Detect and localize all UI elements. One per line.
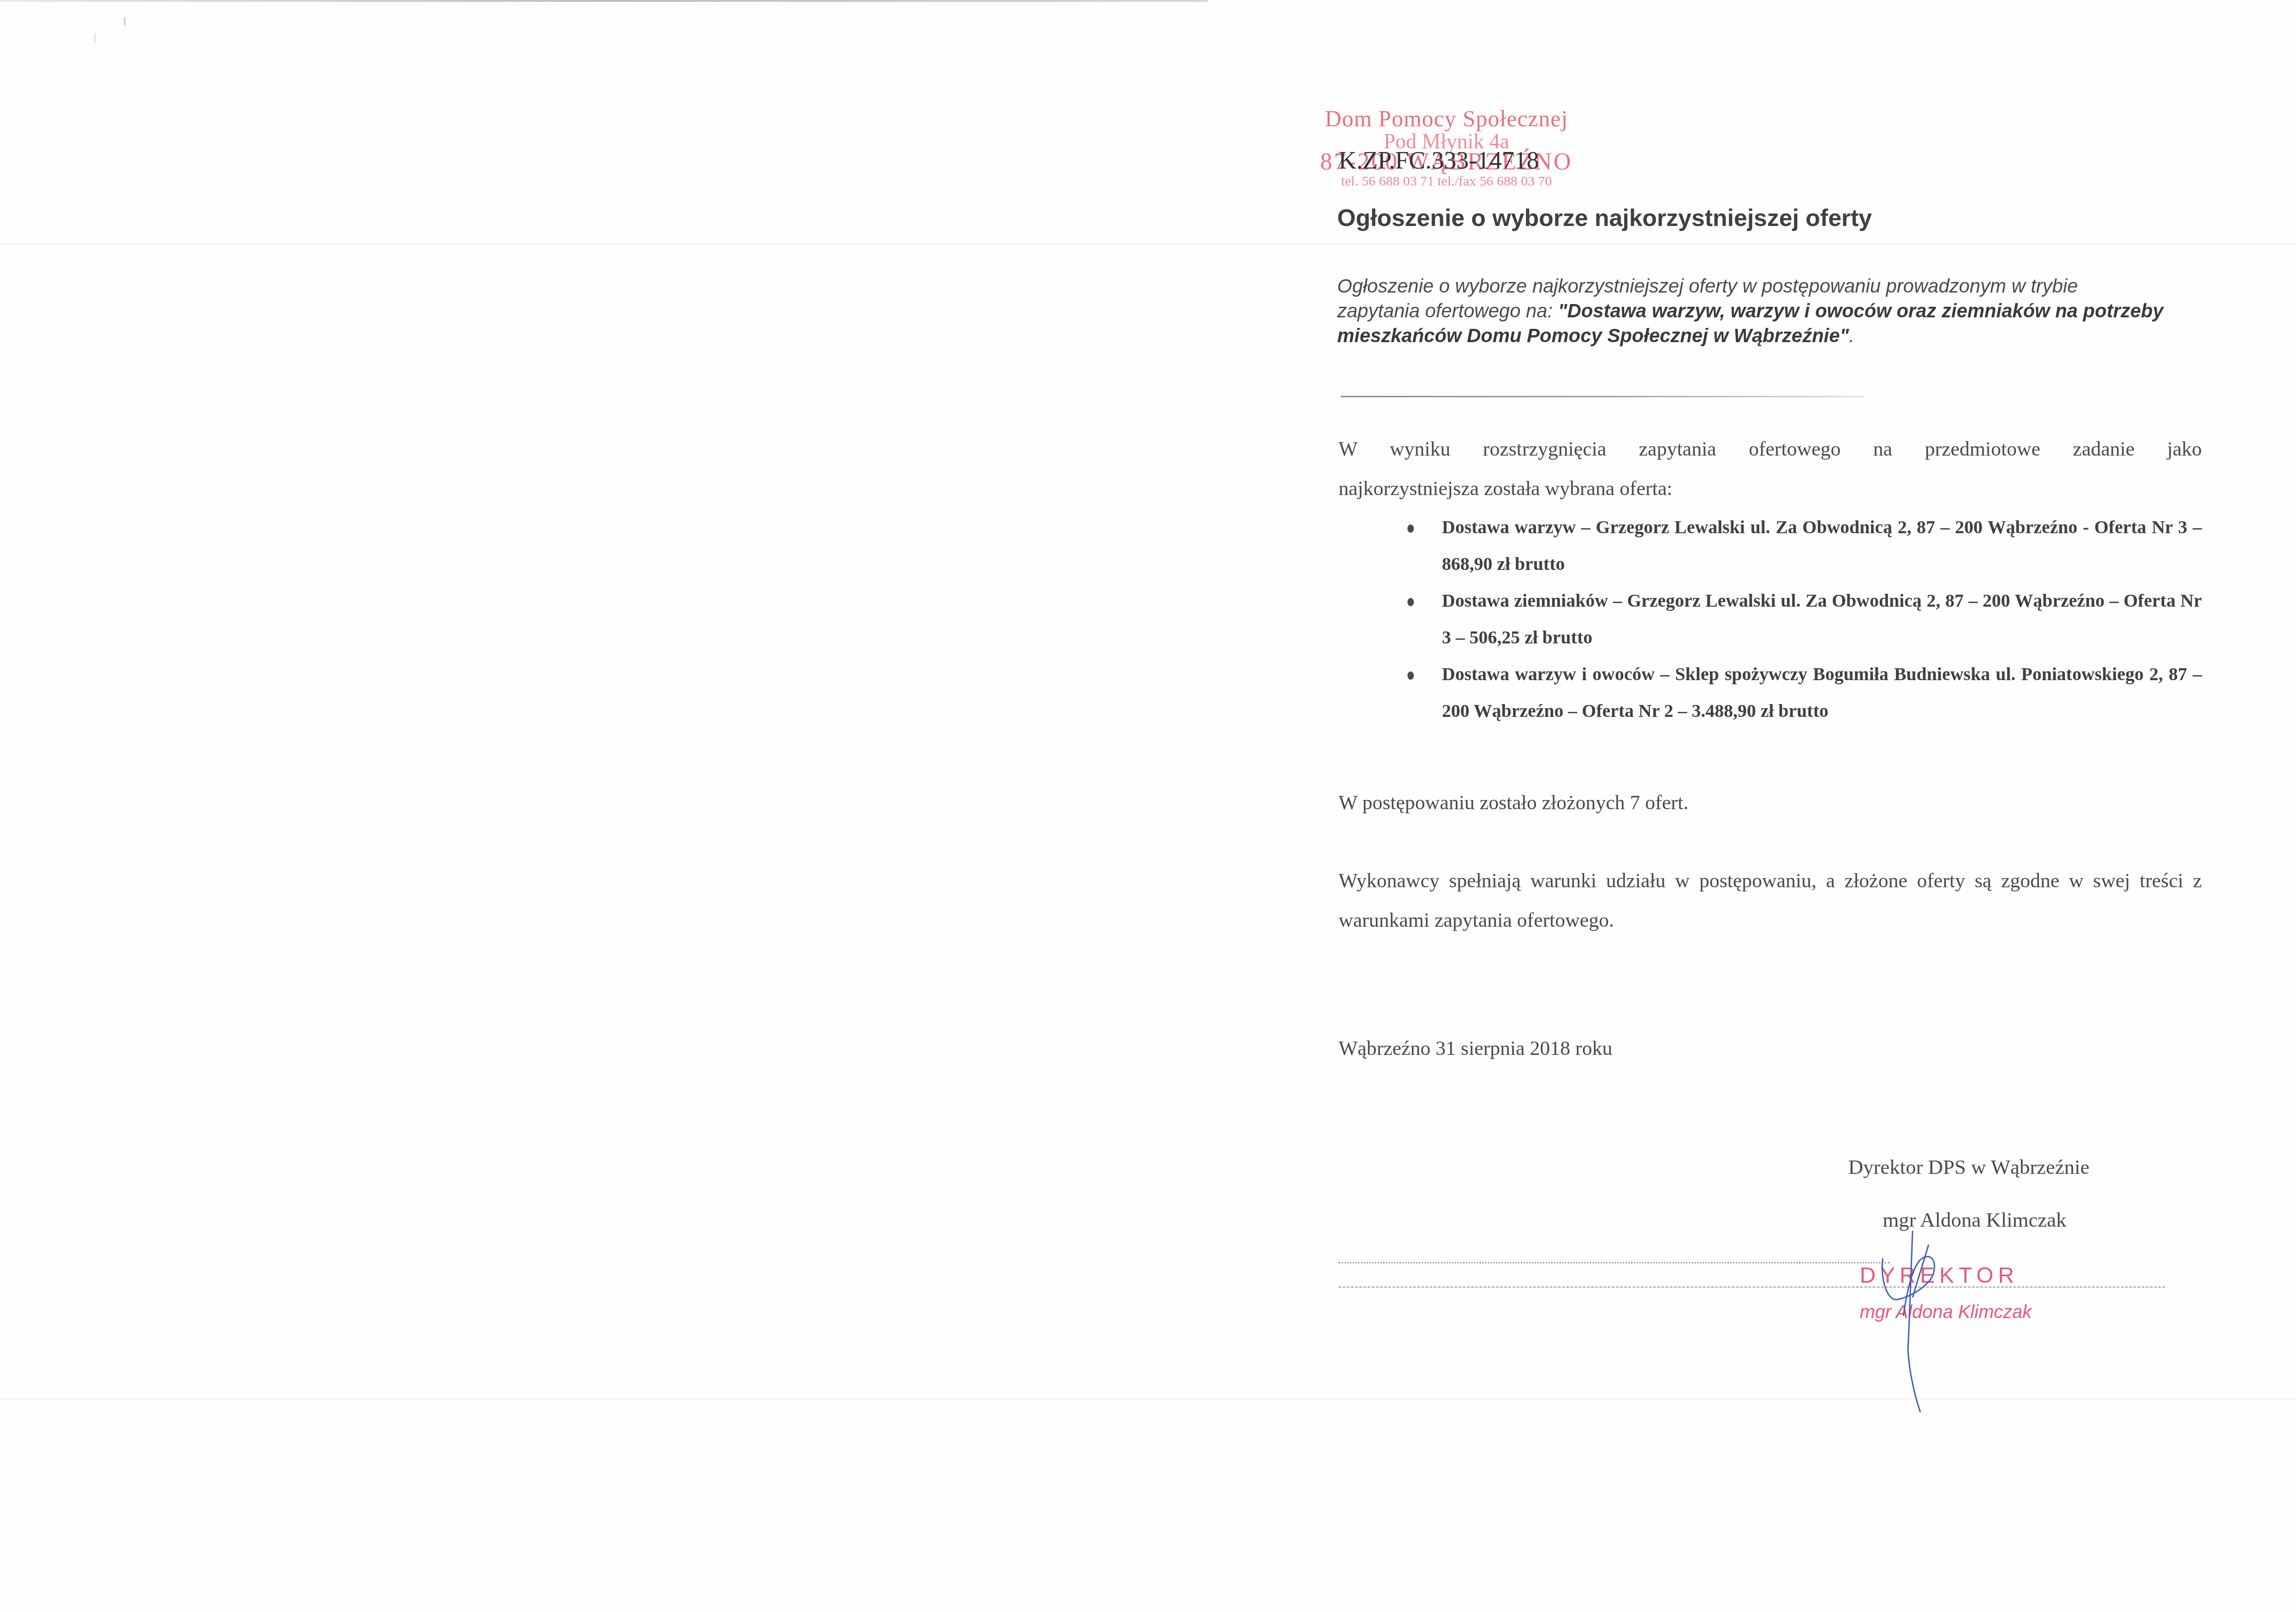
signature-line [1339, 1262, 1890, 1263]
result-line-2: najkorzystniejsza została wybrana oferta… [1339, 477, 1672, 500]
signature-line [1339, 1286, 2165, 1288]
document-heading: Ogłoszenie o wyborze najkorzystniejszej … [1337, 204, 1872, 232]
selected-offers-list: Dostawa warzyw – Grzegorz Lewalski ul. Z… [1401, 509, 2202, 729]
bullet-icon [1407, 671, 1414, 680]
scan-speck [94, 33, 96, 43]
bullet-icon [1407, 524, 1414, 533]
offer-text: Dostawa ziemniaków – Grzegorz Lewalski u… [1442, 590, 2202, 648]
offer-item: Dostawa ziemniaków – Grzegorz Lewalski u… [1401, 582, 2202, 656]
place-date: Wąbrzeźno 31 sierpnia 2018 roku [1339, 1029, 2202, 1068]
bullet-icon [1407, 598, 1414, 606]
handwritten-signature-icon [1869, 1231, 1952, 1415]
offer-item: Dostawa warzyw i owoców – Sklep spożywcz… [1401, 656, 2202, 729]
scan-speck [124, 17, 125, 26]
signatory-name: mgr Aldona Klimczak [1883, 1208, 2066, 1232]
scan-line [0, 1398, 2296, 1399]
signatory-title: Dyrektor DPS w Wąbrzeźnie [1848, 1155, 2089, 1179]
intro-end: . [1849, 325, 1855, 346]
stamp-line-4: tel. 56 688 03 71 tel./fax 56 688 03 70 [1318, 174, 1575, 189]
compliance-paragraph: Wykonawcy spełniają warunki udziału w po… [1339, 861, 2202, 940]
result-line-1: W wyniku rozstrzygnięcia zapytania ofert… [1339, 429, 2202, 469]
scan-edge [0, 0, 1208, 2]
offer-text: Dostawa warzyw – Grzegorz Lewalski ul. Z… [1442, 517, 2202, 574]
reference-number: K.ZP.FC.333-14718 [1339, 146, 1539, 175]
scan-line [0, 243, 2296, 244]
offer-item: Dostawa warzyw – Grzegorz Lewalski ul. Z… [1401, 509, 2202, 582]
separator-line [1341, 396, 1864, 397]
offer-text: Dostawa warzyw i owoców – Sklep spożywcz… [1442, 664, 2202, 721]
result-paragraph: W wyniku rozstrzygnięcia zapytania ofert… [1339, 429, 2202, 508]
intro-paragraph: Ogłoszenie o wyborze najkorzystniejszej … [1337, 274, 2164, 348]
stamp-line-1: Dom Pomocy Społecznej [1318, 105, 1575, 132]
offers-count: W postępowaniu zostało złożonych 7 ofert… [1339, 783, 2202, 823]
